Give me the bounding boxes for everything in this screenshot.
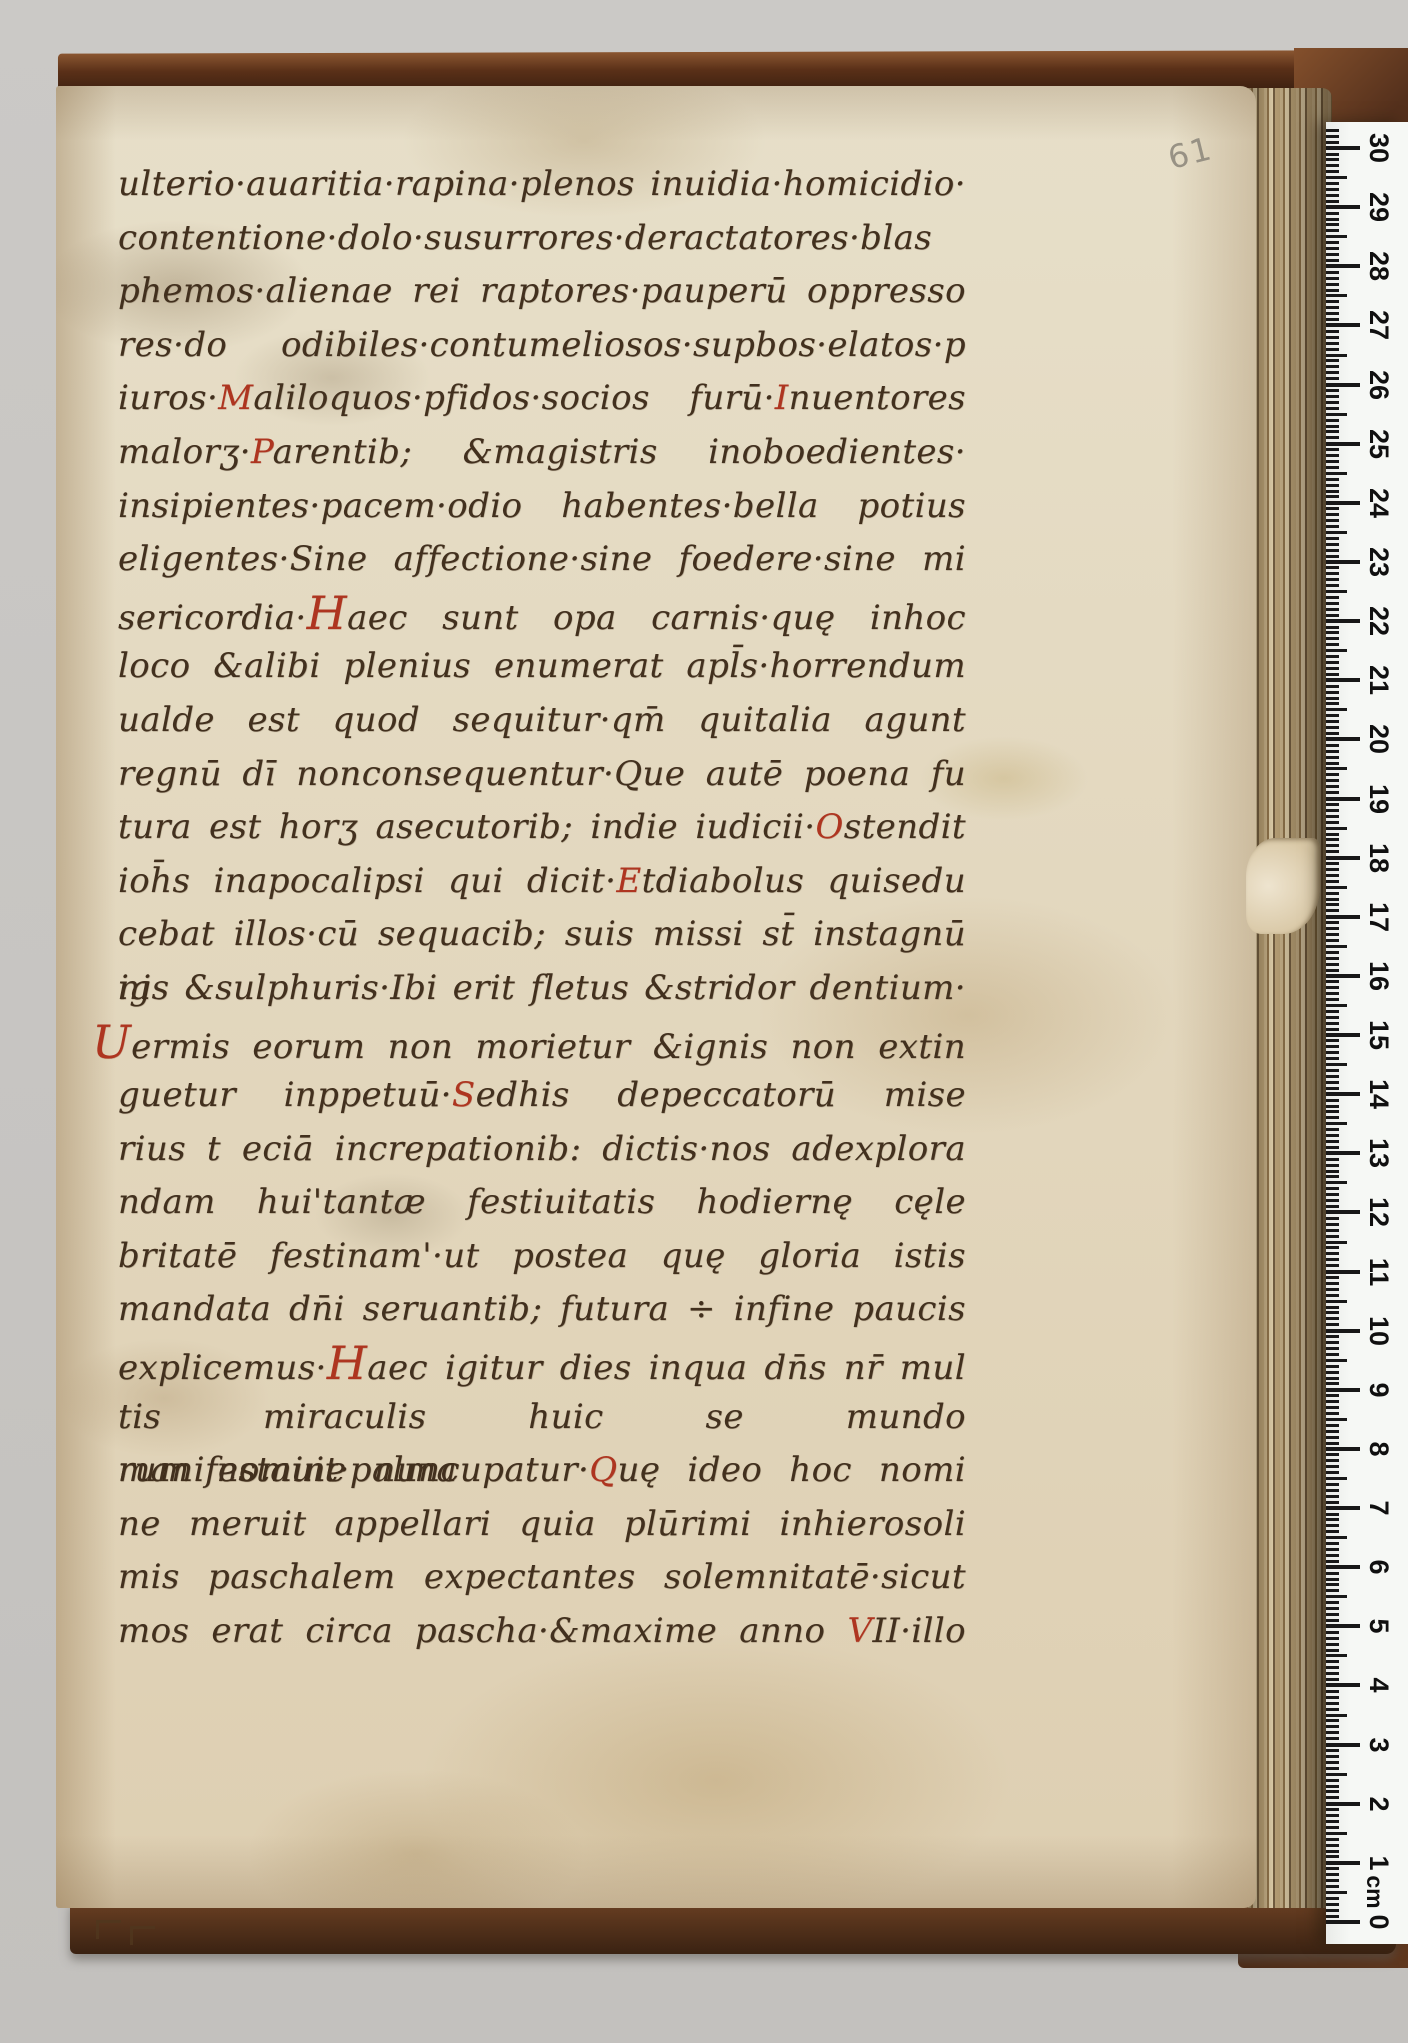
manuscript-line: tis miraculis huic se mundo manifestauit… (118, 1391, 966, 1445)
ruler-mm-tick (1326, 1885, 1339, 1888)
ruler-mm-tick (1326, 1004, 1347, 1007)
ruler-cm-tick (1326, 264, 1360, 268)
ruler-mm-tick (1326, 673, 1339, 676)
ruler-mm-tick (1326, 490, 1339, 493)
ruler-mm-tick (1326, 1903, 1339, 1906)
ink-text: ulterio·auaritia·rapina·plenos inuidia·h… (118, 164, 966, 204)
ruler-cm-tick (1326, 856, 1360, 860)
ruler-mm-tick (1326, 336, 1339, 339)
ruler-mm-tick (1326, 1708, 1339, 1711)
ruler-mm-tick (1326, 1306, 1339, 1309)
ruler-mm-tick (1326, 1909, 1339, 1912)
ruler-cm-tick (1326, 1033, 1360, 1037)
ruler-mm-tick (1326, 194, 1339, 197)
ruler-number: 22 (1361, 602, 1397, 640)
ruler-mm-tick (1326, 454, 1339, 457)
ruler-mm-tick (1326, 661, 1339, 664)
manuscript-line: insipientes·pacem·odio habentes·bella po… (118, 480, 966, 534)
ruler-mm-tick (1326, 135, 1339, 138)
ruler-number: 2 (1361, 1785, 1397, 1823)
ruler-mm-tick (1326, 1536, 1347, 1539)
ruler-number: 1 (1361, 1844, 1397, 1882)
ruler-mm-tick (1326, 649, 1347, 652)
ruler-number: 25 (1361, 425, 1397, 463)
ink-text: nuentores (789, 378, 966, 418)
ink-text: tura est horʒ asecutorib; indie iudicii· (118, 807, 815, 847)
ruler-mm-tick (1326, 1353, 1339, 1356)
ruler-mm-tick (1326, 1666, 1339, 1669)
ruler-mm-tick (1326, 637, 1339, 640)
manuscript-line: res·do odibiles·contumeliosos·supbos·ela… (118, 319, 966, 373)
ruler-mm-tick (1326, 744, 1339, 747)
ruler-mm-tick (1326, 1761, 1339, 1764)
ruler-mm-tick (1326, 1075, 1339, 1078)
ruler-mm-tick (1326, 844, 1339, 847)
ruler-mm-tick (1326, 921, 1339, 924)
ruler-mm-tick (1326, 655, 1339, 658)
page-tear-patch (1246, 838, 1320, 934)
ruler-mm-tick (1326, 862, 1339, 865)
ruler-mm-tick (1326, 430, 1339, 433)
ruler-mm-tick (1326, 957, 1339, 960)
ruler-mm-tick (1326, 1235, 1339, 1238)
ruler-number: 15 (1361, 1016, 1397, 1054)
ruler-mm-tick (1326, 1039, 1339, 1042)
manuscript-line: malorʒ·Parentib; &magistris inoboediente… (118, 426, 966, 480)
ink-text: regnū dī nonconsequentur·Que autē poena … (118, 754, 966, 794)
ruler-mm-tick (1326, 1583, 1339, 1586)
manuscript-line: ndam hui'tantæ festiuitatis hodiernę cęl… (118, 1176, 966, 1230)
ruler-mm-tick (1326, 1483, 1339, 1486)
rubricated-initial: P (251, 432, 273, 472)
ruler-mm-tick (1326, 969, 1339, 972)
ruler-mm-tick (1326, 726, 1339, 729)
ruler-mm-tick (1326, 164, 1339, 167)
manuscript-line: mis paschalem expectantes solemnitatē·si… (118, 1551, 966, 1605)
ruler-mm-tick (1326, 348, 1339, 351)
ruler-mm-tick (1326, 909, 1339, 912)
ruler-mm-tick (1326, 1016, 1339, 1019)
ruler-mm-tick (1326, 1601, 1339, 1604)
ruler-mm-tick (1326, 300, 1339, 303)
ruler-mm-tick (1326, 1808, 1339, 1811)
ruler-cm-tick (1326, 1388, 1360, 1392)
ruler-cm-tick (1326, 619, 1360, 623)
ruler-mm-tick (1326, 1128, 1339, 1131)
ruler-mm-tick (1326, 1170, 1339, 1173)
ruler-mm-tick (1326, 170, 1339, 173)
ruler-mm-tick (1326, 182, 1339, 185)
ruler-mm-tick (1326, 1175, 1339, 1178)
ruler-number: 11 (1361, 1253, 1397, 1291)
ruler-mm-tick (1326, 1530, 1339, 1533)
ruler-mm-tick (1326, 1678, 1339, 1681)
ruler-mm-tick (1326, 1069, 1339, 1072)
ruler-mm-tick (1326, 685, 1339, 688)
ruler-mm-tick (1326, 1045, 1339, 1048)
ink-text: stendit (844, 807, 966, 847)
ink-text: II·illo (872, 1611, 966, 1651)
manuscript-line: ulterio·auaritia·rapina·plenos inuidia·h… (118, 158, 966, 212)
ruler-mm-tick (1326, 773, 1339, 776)
ruler-mm-tick (1326, 708, 1347, 711)
rubricated-initial: O (815, 807, 843, 847)
ruler-cm-tick (1326, 1092, 1360, 1096)
ruler-mm-tick (1326, 425, 1339, 428)
ruler-mm-tick (1326, 762, 1339, 765)
ruler-cm-tick (1326, 1506, 1360, 1510)
ruler-number: 9 (1361, 1371, 1397, 1409)
ruler-mm-tick (1326, 212, 1339, 215)
manuscript-line: mos erat circa pascha·&maxime anno VII·i… (118, 1605, 966, 1659)
ruler-mm-tick (1326, 1122, 1347, 1125)
ruler-mm-tick (1326, 1199, 1339, 1202)
ruler-mm-tick (1326, 1300, 1347, 1303)
ruler-mm-tick (1326, 1731, 1339, 1734)
ruler-mm-tick (1326, 1607, 1339, 1610)
ruler-mm-tick (1326, 365, 1339, 368)
ink-text: eligentes·Sine affectione·sine foedere·s… (118, 539, 966, 579)
ruler-mm-tick (1326, 1654, 1347, 1657)
ruler-mm-tick (1326, 1649, 1339, 1652)
ink-text: mandata dn̄i seruantib; futura ÷ infine … (118, 1289, 966, 1329)
ruler-mm-tick (1326, 1489, 1339, 1492)
ruler-mm-tick (1326, 1347, 1339, 1350)
ruler-mm-tick (1326, 596, 1339, 599)
ruler-mm-tick (1326, 1631, 1339, 1634)
manuscript-line: guetur inppetuū·Sedhis depeccatorū mise (118, 1069, 966, 1123)
manuscript-line: eligentes·Sine affectione·sine foedere·s… (118, 533, 966, 587)
ruler-mm-tick (1326, 945, 1347, 948)
ruler-mm-tick (1326, 992, 1339, 995)
ruler-cm-tick (1326, 1270, 1360, 1274)
ruler-number: 21 (1361, 661, 1397, 699)
ruler-mm-tick (1326, 1767, 1339, 1770)
ruler-number: 30 (1361, 129, 1397, 167)
ruler-mm-tick (1326, 1814, 1339, 1817)
ruler-mm-tick (1326, 980, 1339, 983)
ruler-mm-tick (1326, 1915, 1339, 1918)
ruler-mm-tick (1326, 803, 1339, 806)
ruler-mm-tick (1326, 259, 1339, 262)
ruler-mm-tick (1326, 1258, 1339, 1261)
manuscript-line: sericordia·Haec sunt opa carnis·quę inho… (118, 587, 966, 641)
manuscript-line: loco &alibi plenius enumerat apl̄s·horre… (118, 640, 966, 694)
ruler-mm-tick (1326, 714, 1339, 717)
ruler-number: 3 (1361, 1726, 1397, 1764)
ink-text: rius t eciā increpationib: dictis·nos ad… (118, 1129, 966, 1169)
ruler-cm-tick (1326, 678, 1360, 682)
ruler-mm-tick (1326, 1140, 1339, 1143)
ruler-mm-tick (1326, 289, 1339, 292)
ruler-mm-tick (1326, 608, 1339, 611)
ruler-mm-tick (1326, 1690, 1339, 1693)
ruler-mm-tick (1326, 1832, 1347, 1835)
ruler-mm-tick (1326, 555, 1339, 558)
ruler-number: 5 (1361, 1607, 1397, 1645)
ruler-number: 27 (1361, 306, 1397, 344)
ruler-number: 16 (1361, 957, 1397, 995)
rubricated-initial: U (92, 1015, 131, 1069)
ruler-mm-tick (1326, 815, 1339, 818)
ruler-mm-tick (1326, 1087, 1339, 1090)
book-cover-bottom-edge (70, 1900, 1396, 1954)
ruler-mm-tick (1326, 1826, 1339, 1829)
ruler-mm-tick (1326, 1377, 1339, 1380)
ruler-mm-tick (1326, 460, 1339, 463)
ruler-mm-tick (1326, 389, 1339, 392)
ruler-mm-tick (1326, 1430, 1339, 1433)
ruler-mm-tick (1326, 1844, 1339, 1847)
ruler-cm-tick (1326, 501, 1360, 505)
ruler-mm-tick (1326, 1719, 1339, 1722)
ruler-mm-tick (1326, 1116, 1339, 1119)
pen-trial-marks (96, 1920, 166, 1960)
ruler-mm-tick (1326, 1412, 1339, 1415)
ruler-mm-tick (1326, 1400, 1339, 1403)
ruler-mm-tick (1326, 1276, 1339, 1279)
manuscript-line: mandata dn̄i seruantib; futura ÷ infine … (118, 1283, 966, 1337)
ruler-mm-tick (1326, 874, 1339, 877)
ruler-cm-tick (1326, 1743, 1360, 1747)
ruler-cm-tick (1326, 205, 1360, 209)
ruler-mm-tick (1326, 1341, 1339, 1344)
manuscript-line: tura est horʒ asecutorib; indie iudicii·… (118, 801, 966, 855)
ruler-number: 0 (1361, 1903, 1397, 1941)
ink-text: ioh̄s inapocalipsi qui dicit· (118, 861, 616, 901)
ruler-mm-tick (1326, 720, 1339, 723)
ruler-mm-tick (1326, 1164, 1339, 1167)
ruler-mm-tick (1326, 998, 1339, 1001)
ink-text: britatē festinam'·ut postea quę gloria i… (118, 1236, 966, 1276)
ruler-mm-tick (1326, 1820, 1339, 1823)
ruler-mm-tick (1326, 507, 1339, 510)
pen-trial-mark (130, 1926, 155, 1945)
ruler-mm-tick (1326, 1436, 1339, 1439)
ruler-mm-tick (1326, 951, 1339, 954)
ruler-mm-tick (1326, 271, 1339, 274)
ruler-mm-tick (1326, 1755, 1339, 1758)
ruler-mm-tick (1326, 1554, 1339, 1557)
ruler-mm-tick (1326, 294, 1347, 297)
ruler-mm-tick (1326, 1424, 1339, 1427)
ruler-mm-tick (1326, 667, 1339, 670)
ruler-mm-tick (1326, 1028, 1339, 1031)
ruler-mm-tick (1326, 903, 1339, 906)
ruler-mm-tick (1326, 342, 1339, 345)
ink-text: ne meruit appellari quia plūrimi inhiero… (118, 1504, 966, 1544)
ink-text: tdiabolus quisedu (642, 861, 966, 901)
ruler-mm-tick (1326, 1241, 1347, 1244)
ruler-mm-tick (1326, 1773, 1347, 1776)
ruler-mm-tick (1326, 1323, 1339, 1326)
rubricated-initial: H (307, 586, 348, 640)
ruler-number: 20 (1361, 720, 1397, 758)
ruler-mm-tick (1326, 1264, 1339, 1267)
ink-text: sericordia· (118, 598, 307, 638)
ruler-number: 28 (1361, 247, 1397, 285)
ruler: cm 0123456789101112131415161718192021222… (1326, 122, 1408, 1944)
ruler-mm-tick (1326, 1382, 1339, 1385)
ruler-number: 23 (1361, 543, 1397, 581)
ruler-mm-tick (1326, 407, 1339, 410)
ruler-mm-tick (1326, 283, 1339, 286)
ruler-mm-tick (1326, 1548, 1339, 1551)
ruler-mm-tick (1326, 484, 1339, 487)
ruler-mm-tick (1326, 868, 1339, 871)
ruler-mm-tick (1326, 750, 1339, 753)
ruler-cm-tick (1326, 1210, 1360, 1214)
ink-text: edhis depeccatorū mise (476, 1075, 966, 1115)
ruler-mm-tick (1326, 549, 1339, 552)
ruler-mm-tick (1326, 614, 1339, 617)
ruler-mm-tick (1326, 1589, 1339, 1592)
ruler-mm-tick (1326, 1855, 1339, 1858)
ruler-mm-tick (1326, 691, 1339, 694)
ruler-mm-tick (1326, 986, 1339, 989)
ruler-mm-tick (1326, 1158, 1339, 1161)
ruler-mm-tick (1326, 531, 1347, 534)
ruler-mm-tick (1326, 306, 1339, 309)
ruler-mm-tick (1326, 702, 1339, 705)
ruler-cm-tick (1326, 560, 1360, 564)
ruler-cm-tick (1326, 1861, 1360, 1865)
ruler-mm-tick (1326, 880, 1339, 883)
ruler-mm-tick (1326, 1779, 1339, 1782)
ruler-cm-tick (1326, 442, 1360, 446)
manuscript-photo: ulterio·auaritia·rapina·plenos inuidia·h… (0, 0, 1408, 2043)
ruler-cm-tick (1326, 974, 1360, 978)
ruler-mm-tick (1326, 1619, 1339, 1622)
ruler-mm-tick (1326, 779, 1339, 782)
manuscript-line: contentione·dolo·susurrores·deractatores… (118, 212, 966, 266)
ruler-mm-tick (1326, 1465, 1339, 1468)
ruler-mm-tick (1326, 572, 1339, 575)
ruler-mm-tick (1326, 809, 1339, 812)
ruler-mm-tick (1326, 785, 1339, 788)
ruler-number: 13 (1361, 1134, 1397, 1172)
ruler-mm-tick (1326, 732, 1339, 735)
ruler-mm-tick (1326, 419, 1339, 422)
ruler-cm-tick (1326, 1447, 1360, 1451)
ruler-mm-tick (1326, 543, 1339, 546)
ruler-mm-tick (1326, 472, 1347, 475)
ink-text: malorʒ· (118, 432, 251, 472)
ruler-mm-tick (1326, 850, 1339, 853)
ruler-cm-tick (1326, 323, 1360, 327)
ruler-mm-tick (1326, 1459, 1339, 1462)
ruler-mm-tick (1326, 241, 1339, 244)
ruler-mm-tick (1326, 1477, 1347, 1480)
ruler-mm-tick (1326, 697, 1339, 700)
ruler-cm-tick (1326, 1151, 1360, 1155)
ruler-number: 29 (1361, 188, 1397, 226)
ruler-mm-tick (1326, 1442, 1339, 1445)
ruler-number: 6 (1361, 1548, 1397, 1586)
ruler-mm-tick (1326, 833, 1339, 836)
ruler-mm-tick (1326, 1737, 1339, 1740)
manuscript-line: nis &sulphuris·Ibi erit fletus &stridor … (118, 962, 966, 1016)
ruler-mm-tick (1326, 229, 1339, 232)
ruler-mm-tick (1326, 838, 1339, 841)
ruler-mm-tick (1326, 1187, 1339, 1190)
ruler-mm-tick (1326, 377, 1339, 380)
ruler-mm-tick (1326, 478, 1339, 481)
rubricated-initial: Q (589, 1450, 617, 1490)
ruler-mm-tick (1326, 330, 1339, 333)
ruler-cm-tick (1326, 1329, 1360, 1333)
ruler-mm-tick (1326, 1394, 1339, 1397)
ruler-cm-tick (1326, 1920, 1360, 1924)
ruler-mm-tick (1326, 1146, 1339, 1149)
manuscript-line: ioh̄s inapocalipsi qui dicit·Etdiabolus … (118, 855, 966, 909)
ruler-mm-tick (1326, 1288, 1339, 1291)
ruler-mm-tick (1326, 1193, 1339, 1196)
ruler-mm-tick (1326, 933, 1339, 936)
ink-text: nis &sulphuris·Ibi erit fletus &stridor … (118, 968, 966, 1008)
ruler-mm-tick (1326, 1850, 1339, 1853)
ink-text: ermis eorum non morietur &ignis non exti… (131, 1027, 966, 1067)
ruler-mm-tick (1326, 1660, 1339, 1663)
ruler-mm-tick (1326, 218, 1339, 221)
ruler-cm-tick (1326, 1624, 1360, 1628)
ruler-number: 17 (1361, 898, 1397, 936)
ruler-mm-tick (1326, 247, 1339, 250)
ruler-mm-tick (1326, 1365, 1339, 1368)
ruler-number: 7 (1361, 1489, 1397, 1527)
ink-text: loco &alibi plenius enumerat apl̄s·horre… (118, 646, 966, 686)
rubricated-initial: I (775, 378, 789, 418)
ink-text: guetur inppetuū· (118, 1075, 452, 1115)
rubricated-initial: S (452, 1075, 476, 1115)
ruler-cm-tick (1326, 383, 1360, 387)
ruler-mm-tick (1326, 129, 1339, 132)
ruler-mm-tick (1326, 1613, 1339, 1616)
manuscript-line: rius t eciā increpationib: dictis·nos ad… (118, 1123, 966, 1177)
ruler-mm-tick (1326, 1282, 1339, 1285)
ruler-number: 24 (1361, 484, 1397, 522)
ruler-mm-tick (1326, 1057, 1339, 1060)
ruler-mm-tick (1326, 1891, 1347, 1894)
rubricated-initial: M (218, 378, 253, 418)
ruler-mm-tick (1326, 1637, 1339, 1640)
ink-text: mos erat circa pascha·&maxime anno (118, 1611, 847, 1651)
ruler-mm-tick (1326, 1453, 1339, 1456)
ruler-mm-tick (1326, 1595, 1347, 1598)
ink-text: aec igitur dies inqua dn̄s nr̄ mul (367, 1348, 966, 1388)
manuscript-line: regnū dī nonconsequentur·Que autē poena … (118, 748, 966, 802)
ruler-mm-tick (1326, 1867, 1339, 1870)
ruler-cm-tick (1326, 146, 1360, 150)
ruler-mm-tick (1326, 1873, 1339, 1876)
ink-text: ndam hui'tantæ festiuitatis hodiernę cęl… (118, 1182, 966, 1222)
ruler-mm-tick (1326, 1335, 1339, 1338)
ruler-mm-tick (1326, 1879, 1339, 1882)
ruler-mm-tick (1326, 495, 1339, 498)
pen-trial-mark (96, 1920, 121, 1939)
ruler-mm-tick (1326, 1696, 1339, 1699)
ruler-number: 14 (1361, 1075, 1397, 1113)
ruler-mm-tick (1326, 153, 1339, 156)
ruler-mm-tick (1326, 200, 1339, 203)
ruler-mm-tick (1326, 141, 1339, 144)
ruler-mm-tick (1326, 1513, 1339, 1516)
ruler-mm-tick (1326, 1796, 1339, 1799)
rubricated-initial: E (616, 861, 641, 901)
manuscript-line: phemos·alienae rei raptores·pauperū oppr… (118, 265, 966, 319)
ink-text: rum nomine nuncupatur· (118, 1450, 589, 1490)
ruler-mm-tick (1326, 886, 1347, 889)
